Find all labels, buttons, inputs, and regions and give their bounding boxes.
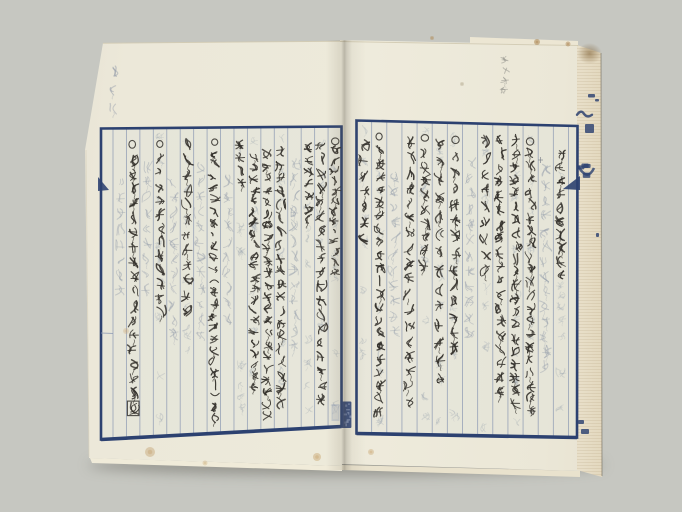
left-page-outer-edge [86, 150, 89, 457]
foxing-stain [125, 330, 128, 333]
bleed-note [110, 66, 118, 118]
ink-dash [595, 99, 599, 102]
ink-dot [596, 233, 599, 237]
ink-cluster [578, 164, 594, 178]
pencil-note [500, 56, 509, 93]
margin-strip-tick [101, 333, 113, 334]
ink-dash [588, 94, 595, 98]
ink-square [585, 124, 594, 133]
right-page-frame [357, 121, 578, 438]
gutter-seal [342, 402, 352, 429]
foxing-stain [204, 462, 206, 464]
fore-edge-outline [601, 53, 602, 476]
foxing-stain [536, 41, 539, 44]
ink-squiggle [577, 112, 592, 117]
foxing-stain [431, 37, 433, 39]
foxing-stain [315, 455, 319, 459]
foxing-stain [370, 451, 373, 454]
manuscript-artwork [0, 0, 682, 512]
ink-dash [578, 420, 584, 424]
foxing-stain [148, 450, 153, 455]
foxing-stain [461, 83, 463, 85]
right-page-top-edge [340, 42, 578, 46]
left-page-frame [101, 127, 342, 440]
photo-of-open-manuscript [0, 0, 682, 512]
faded-stamp [332, 404, 340, 421]
left-page-top-edge [103, 41, 342, 43]
foxing-stain [567, 43, 569, 45]
ink-dash [581, 429, 589, 434]
